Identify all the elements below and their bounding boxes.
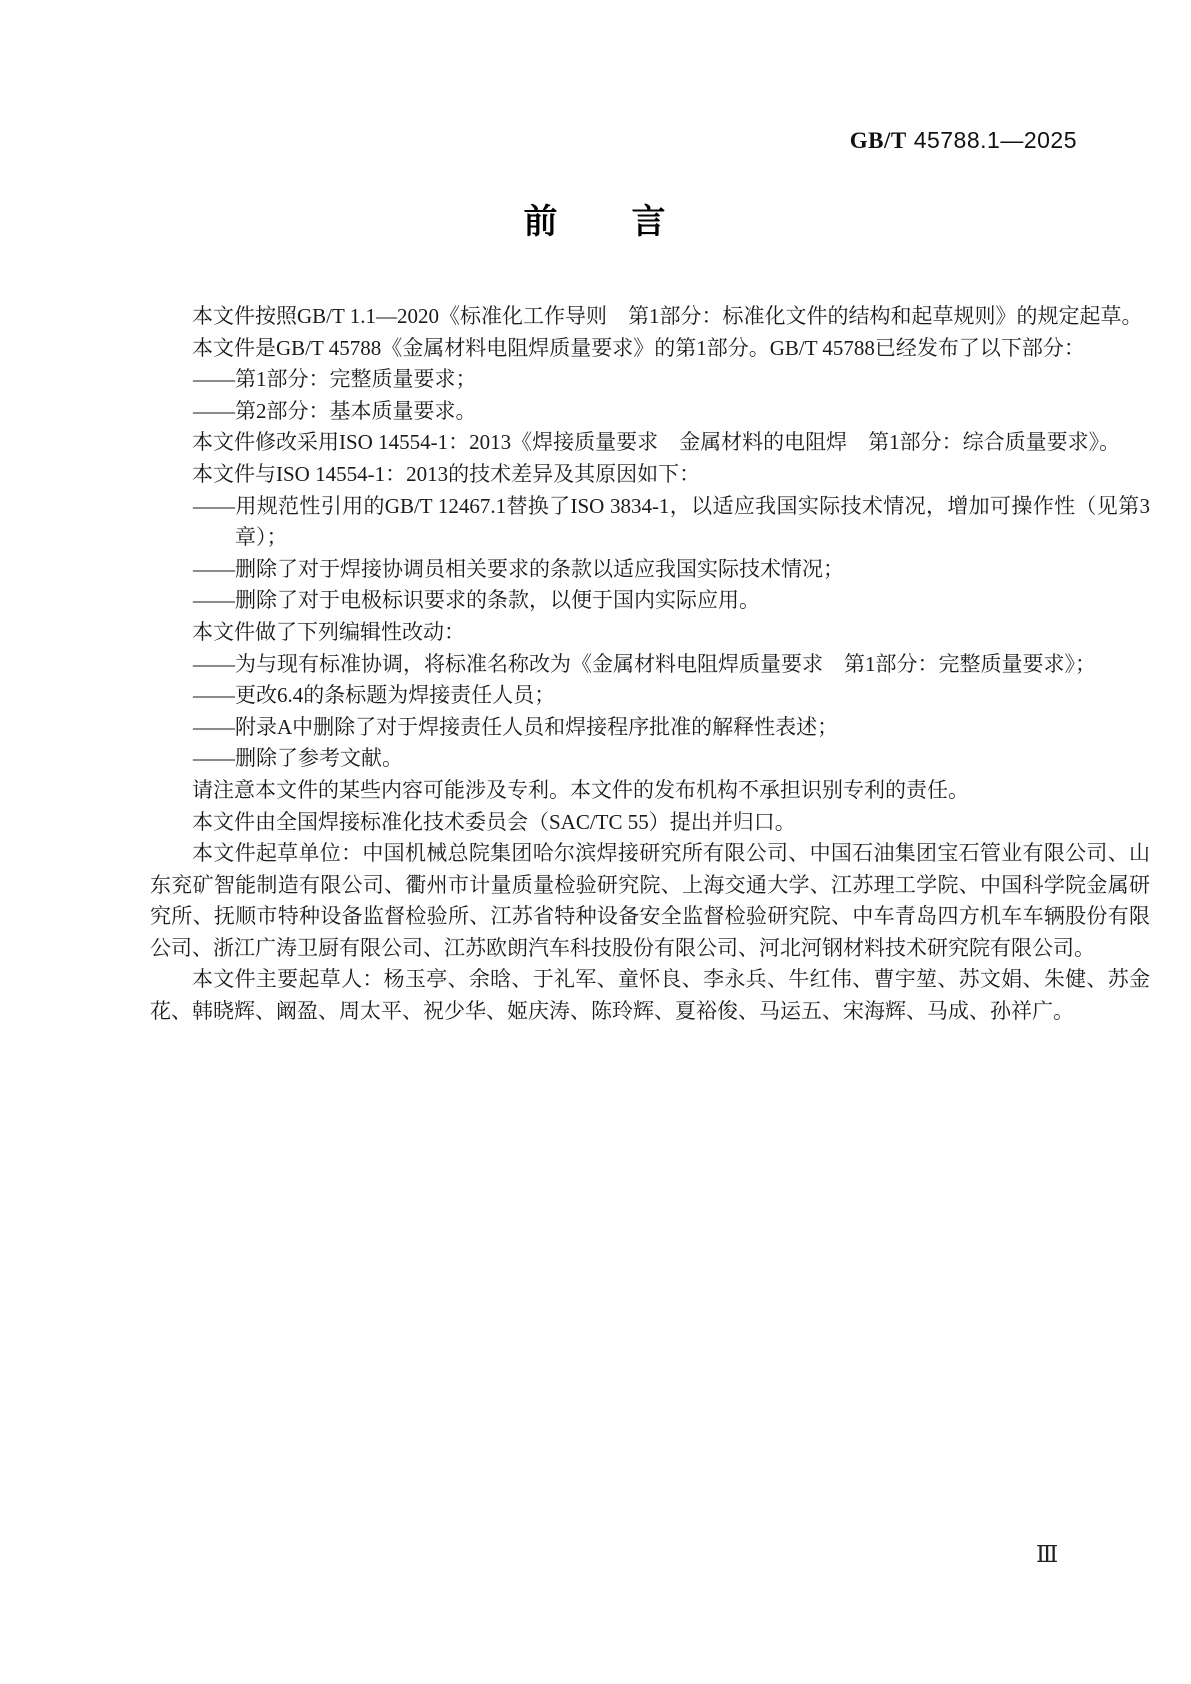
foreword-body: 本文件按照GB/T 1.1—2020《标准化工作导则 第1部分：标准化文件的结构… xyxy=(150,301,1150,1028)
foreword-dash-item: ——用规范性引用的GB/T 12467.1替换了ISO 3834-1，以适应我国… xyxy=(150,491,1150,554)
page-title: 前 言 xyxy=(0,194,1191,243)
foreword-paragraph: 本文件是GB/T 45788《金属材料电阻焊质量要求》的第1部分。GB/T 45… xyxy=(150,333,1150,365)
foreword-paragraph: 本文件按照GB/T 1.1—2020《标准化工作导则 第1部分：标准化文件的结构… xyxy=(150,301,1150,333)
foreword-dash-item: ——删除了对于电极标识要求的条款，以便于国内实际应用。 xyxy=(150,585,1150,617)
foreword-dash-item: ——删除了参考文献。 xyxy=(150,743,1150,775)
foreword-paragraph: 本文件主要起草人：杨玉亭、余晗、于礼军、童怀良、李永兵、牛红伟、曹宇堃、苏文娟、… xyxy=(150,964,1150,1027)
foreword-dash-item: ——第1部分：完整质量要求； xyxy=(150,364,1150,396)
foreword-dash-item: ——第2部分：基本质量要求。 xyxy=(150,396,1150,428)
page-number: Ⅲ xyxy=(1036,1542,1058,1568)
standard-code-number: 45788.1—2025 xyxy=(914,127,1077,153)
foreword-paragraph: 本文件修改采用ISO 14554-1：2013《焊接质量要求 金属材料的电阻焊 … xyxy=(150,427,1150,459)
foreword-paragraph: 本文件由全国焊接标准化技术委员会（SAC/TC 55）提出并归口。 xyxy=(150,807,1150,839)
foreword-paragraph: 请注意本文件的某些内容可能涉及专利。本文件的发布机构不承担识别专利的责任。 xyxy=(150,775,1150,807)
standard-code: GB/T45788.1—2025 xyxy=(850,127,1077,154)
foreword-dash-item: ——附录A中删除了对于焊接责任人员和焊接程序批准的解释性表述； xyxy=(150,712,1150,744)
document-page: GB/T45788.1—2025 前 言 本文件按照GB/T 1.1—2020《… xyxy=(0,0,1191,1684)
foreword-dash-item: ——更改6.4的条标题为焊接责任人员； xyxy=(150,680,1150,712)
foreword-paragraph: 本文件与ISO 14554-1：2013的技术差异及其原因如下： xyxy=(150,459,1150,491)
foreword-paragraph: 本文件做了下列编辑性改动： xyxy=(150,617,1150,649)
foreword-dash-item: ——为与现有标准协调，将标准名称改为《金属材料电阻焊质量要求 第1部分：完整质量… xyxy=(150,649,1150,681)
foreword-paragraph: 本文件起草单位：中国机械总院集团哈尔滨焊接研究所有限公司、中国石油集团宝石管业有… xyxy=(150,838,1150,964)
standard-code-prefix: GB/T xyxy=(850,128,907,153)
foreword-dash-item: ——删除了对于焊接协调员相关要求的条款以适应我国实际技术情况； xyxy=(150,554,1150,586)
